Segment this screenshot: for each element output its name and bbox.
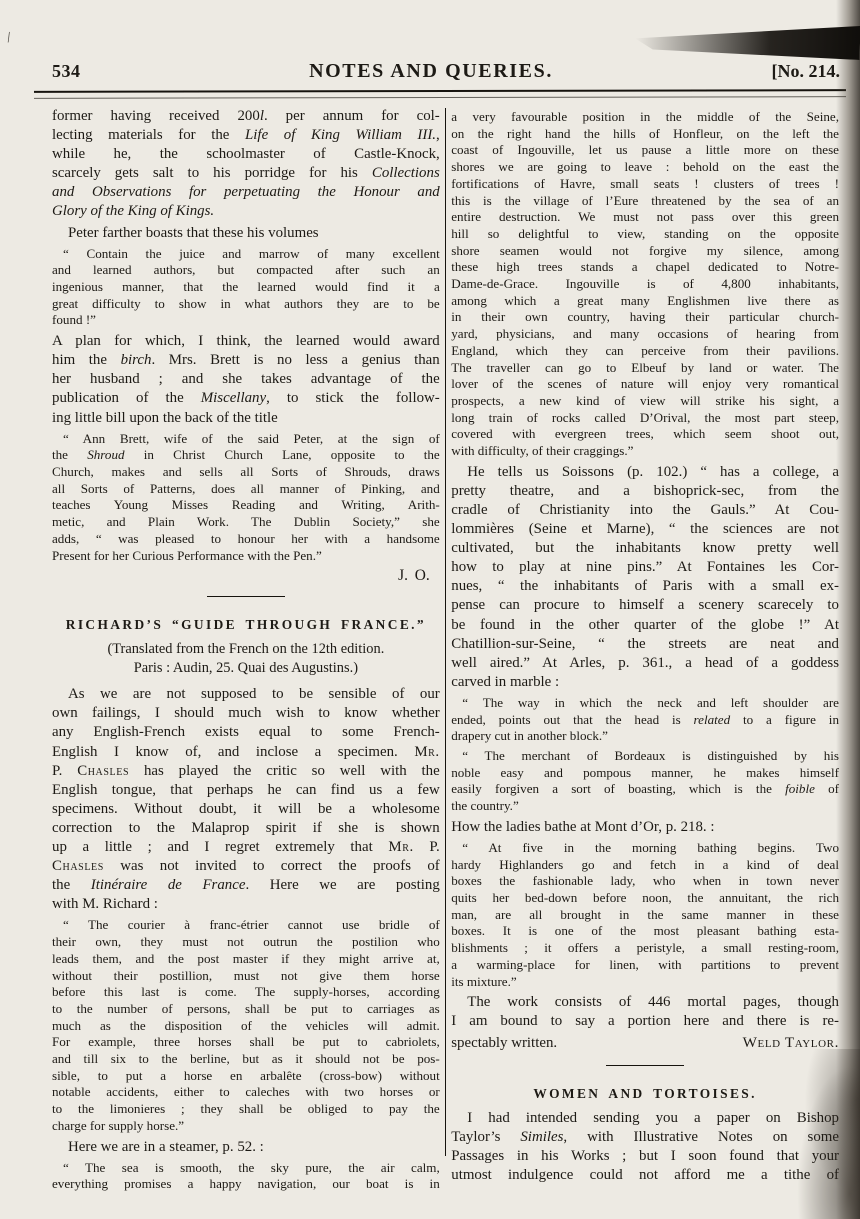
text-line: on the right hand the hills of Honfleur,… <box>451 126 839 143</box>
paragraph: I had intended sending you a paper on Bi… <box>451 1109 839 1185</box>
paragraph: The work consists of 446 mortal pages, t… <box>451 993 839 1031</box>
quote-paragraph: a very favourable position in the middle… <box>451 109 839 460</box>
text-line: to the number of persons, shall be put t… <box>52 1001 440 1018</box>
text-line: with M. Richard : <box>52 895 440 914</box>
divider-rule <box>207 596 285 597</box>
text-line: The work consists of 446 mortal pages, t… <box>451 993 839 1012</box>
text-line: her husband ; and she takes advantage of… <box>52 370 440 389</box>
text-line: coast of Ingouville, let us pause a litt… <box>451 142 839 159</box>
left-column: former having received 200l. per annum f… <box>52 106 440 1196</box>
paragraph: A plan for which, I think, the learned w… <box>52 332 440 427</box>
text-line: How the ladies bathe at Mont d’Or, p. 21… <box>451 818 839 837</box>
text-line: yard, physicians, and many occasions of … <box>451 326 839 343</box>
text-line: Present for her Curious Performance with… <box>52 548 440 565</box>
text-line: The traveller can go to Elbeuf by land o… <box>451 360 839 377</box>
text-line: “ Contain the juice and marrow of many e… <box>52 246 440 263</box>
text-line: teaches Young Misses Reading and Writing… <box>52 497 440 514</box>
section-heading: RICHARD’S “GUIDE THROUGH FRANCE.” <box>52 617 440 633</box>
text-line: the Itinéraire de France. Here we are po… <box>52 876 440 895</box>
text-line: lover of the scenes of nature will enjoy… <box>451 376 839 393</box>
paragraph: He tells us Soissons (p. 102.) “ has a c… <box>451 463 839 692</box>
text-line: Church, makes and sells all Sorts of Shr… <box>52 464 440 481</box>
text-line: a warming-place for linen, with partitio… <box>451 957 839 974</box>
text-line: well aired.” At Arles, p. 361., a head o… <box>451 654 839 673</box>
text-line: a very favourable position in the middle… <box>451 109 839 126</box>
text-line: carved in marble : <box>451 673 839 692</box>
text-line: its mixture.” <box>451 974 839 991</box>
text-line: nues, “ the inhabitants of Paris with a … <box>451 577 839 596</box>
text-line: hill so delightful to view, standing on … <box>451 226 839 243</box>
text-line: blishments ; it offers a peristyle, a sm… <box>451 940 839 957</box>
scanned-page: / 534 NOTES AND QUERIES. [No. 214. forme… <box>0 0 860 1219</box>
signature-line: spectably written.Weld Taylor. <box>451 1033 839 1053</box>
text-line: before this last is come. The supply-hor… <box>52 984 440 1001</box>
page-number: 534 <box>52 61 142 82</box>
text-line: Chatillion-sur-Seine, “ the streets are … <box>451 635 839 654</box>
quote-paragraph: “ The way in which the neck and left sho… <box>451 695 839 745</box>
text-line: I am bound to say a portion here and the… <box>451 1012 839 1031</box>
text-line: own failings, I should much wish to know… <box>52 704 440 723</box>
text-line: among which a great many Englishmen live… <box>451 293 839 310</box>
text-line: and till six to the berline, but as it s… <box>52 1051 440 1068</box>
text-line: metic, and Plain Work. The Dublin Societ… <box>52 514 440 531</box>
text-line: found !” <box>52 312 440 329</box>
text-line: correction to the Malaprop spirit if she… <box>52 819 440 838</box>
text-line: former having received 200l. per annum f… <box>52 107 440 126</box>
text-line: long train of rocks called D’Orival, the… <box>451 410 839 427</box>
text-line: leads them, and the post master if they … <box>52 951 440 968</box>
citation: (Translated from the French on the 12th … <box>52 640 440 678</box>
text-line: this is the village of l’Eure threatened… <box>451 193 839 210</box>
text-line: Passages in his Works ; but I soon found… <box>451 1147 839 1166</box>
paragraph: former having received 200l. per annum f… <box>52 107 440 222</box>
text-line: and learned authors, but compacted after… <box>52 262 440 279</box>
quote-paragraph: “ Contain the juice and marrow of many e… <box>52 246 440 330</box>
text-line: quits her bed-down before noon, the annu… <box>451 890 839 907</box>
paragraph: Here we are in a steamer, p. 52. : <box>52 1138 440 1157</box>
text-line: while he, the schoolmaster of Castle-Kno… <box>52 145 440 164</box>
text-line: I had intended sending you a paper on Bi… <box>451 1109 839 1128</box>
text-line: pense can procure to himself a scenery s… <box>451 596 839 615</box>
text-line: and Observations for perpetuating the Ho… <box>52 183 440 202</box>
paragraph: Peter farther boasts that these his volu… <box>52 224 440 243</box>
text-line: Peter farther boasts that these his volu… <box>52 224 440 243</box>
issue-number: [No. 214. <box>720 61 840 82</box>
text-line: lecting materials for the Life of King W… <box>52 126 440 145</box>
text-line: cultivated, but the inhabitants know pre… <box>451 539 839 558</box>
text-line: As we are not supposed to be sensible of… <box>52 685 440 704</box>
text-line: all Sorts of Patterns, does all manner o… <box>52 481 440 498</box>
text-line: drapery cut in another block.” <box>451 728 839 745</box>
text-line: notable accidents, either to caleches wi… <box>52 1084 440 1101</box>
text-line: England, which they can perceive from th… <box>451 343 839 360</box>
signature: J. O. <box>52 567 440 585</box>
column-divider-rule <box>445 108 447 1156</box>
text-line: with difficulty, of their craggings.” <box>451 443 839 460</box>
quote-paragraph: “ At five in the morning bathing begins.… <box>451 840 839 990</box>
text-line: him the birch. Mrs. Brett is no less a g… <box>52 351 440 370</box>
journal-title: NOTES AND QUERIES. <box>142 60 720 83</box>
text-line: any English-French exists equal to some … <box>52 723 440 742</box>
text-line: Taylor’s Similes, with Illustrative Note… <box>451 1128 839 1147</box>
quote-paragraph: “ Ann Brett, wife of the said Peter, at … <box>52 431 440 565</box>
text-line: English I know of, and inclose a specime… <box>52 743 440 762</box>
text-line: ingenious manner, that the learned would… <box>52 279 440 296</box>
text-line: entire destruction. We must not pass ove… <box>451 209 839 226</box>
text-line: pretty theatre, and a bishoprick-sec, fr… <box>451 482 839 501</box>
text-line: ended, points out that the head is relat… <box>451 712 839 729</box>
text-line: “ The courier à franc-étrier cannot use … <box>52 917 440 934</box>
text-line: man, are all brought in the same manner … <box>451 907 839 924</box>
text-line: cradle of Christianity into the Gauls.” … <box>451 501 839 520</box>
text-line: shore seamen would not forgive my silenc… <box>451 243 839 260</box>
text-line: fortifications of Havre, small seats ! c… <box>451 176 839 193</box>
text-line: ing little bill upon the back of the tit… <box>52 409 440 428</box>
text-line: these high trees stands a chapel dedicat… <box>451 259 839 276</box>
text-line: scarcely gets salt to his porridge for h… <box>52 164 440 183</box>
text-line: the Shroud in Christ Church Lane, opposi… <box>52 447 440 464</box>
text-line: “ The sea is smooth, the sky pure, the a… <box>52 1160 440 1177</box>
text-line: adds, “ was pleased to honour her with a… <box>52 531 440 548</box>
header-rule <box>34 89 846 99</box>
text-line: utmost indulgence could not afford me a … <box>451 1166 839 1185</box>
quote-paragraph: “ The sea is smooth, the sky pure, the a… <box>52 1160 440 1193</box>
text-line: “ The way in which the neck and left sho… <box>451 695 839 712</box>
text-line: charge for supply horse.” <box>52 1118 440 1135</box>
text-line: noble easy and pompous manner, he makes … <box>451 765 839 782</box>
text-line: to the limonieres ; they shall be oblige… <box>52 1101 440 1118</box>
citation-line: Paris : Audin, 25. Quai des Augustins.) <box>52 659 440 678</box>
text-line: be found in the other quarter of the glo… <box>451 616 839 635</box>
text-line: He tells us Soissons (p. 102.) “ has a c… <box>451 463 839 482</box>
text-line: hardy Highlanders go and fetch in a kind… <box>451 857 839 874</box>
text-line: Chasles was not invited to correct the p… <box>52 857 440 876</box>
text-line: great difficulty to show in what authors… <box>52 296 440 313</box>
text-line: specimens. Without doubt, it will be a w… <box>52 800 440 819</box>
text-line: “ At five in the morning bathing begins.… <box>451 840 839 857</box>
text-line: easily forgiven a sort of boasting, whic… <box>451 781 839 798</box>
text-columns: former having received 200l. per annum f… <box>0 98 860 1196</box>
text-line: P. Chasles has played the critic so well… <box>52 762 440 781</box>
section-divider <box>52 587 440 603</box>
text-line: Glory of the King of Kings. <box>52 202 440 221</box>
text-line: without their postillion, must not give … <box>52 968 440 985</box>
text-line: A plan for which, I think, the learned w… <box>52 332 440 351</box>
text-line: sible, to put a horse en arbalête (cross… <box>52 1068 440 1085</box>
text-line: Here we are in a steamer, p. 52. : <box>52 1138 440 1157</box>
text-line: the country.” <box>451 798 839 815</box>
text-line: shores we are going to leave : behold on… <box>451 159 839 176</box>
text-line: English tongue, that perhaps he can find… <box>52 781 440 800</box>
text-line: their own, they must not outrun the post… <box>52 934 440 951</box>
text-line: up a little ; and I regret extremely tha… <box>52 838 440 857</box>
text-line: Dame-de-Grace. Ingouville is of 4,800 in… <box>451 276 839 293</box>
quote-paragraph: “ The courier à franc-étrier cannot use … <box>52 917 440 1134</box>
text-line: everything promises a happy navigation, … <box>52 1176 440 1193</box>
text-line: covered with evergreen trees, which seem… <box>451 426 839 443</box>
text-line: For example, three horses shall be put t… <box>52 1034 440 1051</box>
quote-paragraph: “ The merchant of Bordeaux is distinguis… <box>451 748 839 815</box>
text-line: publication of the Miscellany, to stick … <box>52 389 440 408</box>
text-line: much as the disposition of the vehicles … <box>52 1018 440 1035</box>
paragraph-end: spectably written. <box>451 1034 557 1053</box>
citation-line: (Translated from the French on the 12th … <box>52 640 440 659</box>
right-column: a very favourable position in the middle… <box>451 106 839 1196</box>
text-line: in their own country, having their parti… <box>451 309 839 326</box>
section-divider <box>451 1056 839 1072</box>
text-line: “ The merchant of Bordeaux is distinguis… <box>451 748 839 765</box>
divider-rule <box>606 1065 684 1066</box>
paragraph: How the ladies bathe at Mont d’Or, p. 21… <box>451 818 839 837</box>
section-heading: WOMEN AND TORTOISES. <box>451 1086 839 1102</box>
signature: Weld Taylor. <box>743 1033 839 1052</box>
text-line: boxes the fashionable lady, who when in … <box>451 873 839 890</box>
text-line: how to play at nine pins.” At Fontaines … <box>451 558 839 577</box>
paragraph: As we are not supposed to be sensible of… <box>52 685 440 914</box>
text-line: boxes. It is one of the most pleasant ba… <box>451 923 839 940</box>
text-line: “ Ann Brett, wife of the said Peter, at … <box>52 431 440 448</box>
text-line: lommières (Seine et Marne), “ the scienc… <box>451 520 839 539</box>
text-line: prospects, a new kind of view will strik… <box>451 393 839 410</box>
